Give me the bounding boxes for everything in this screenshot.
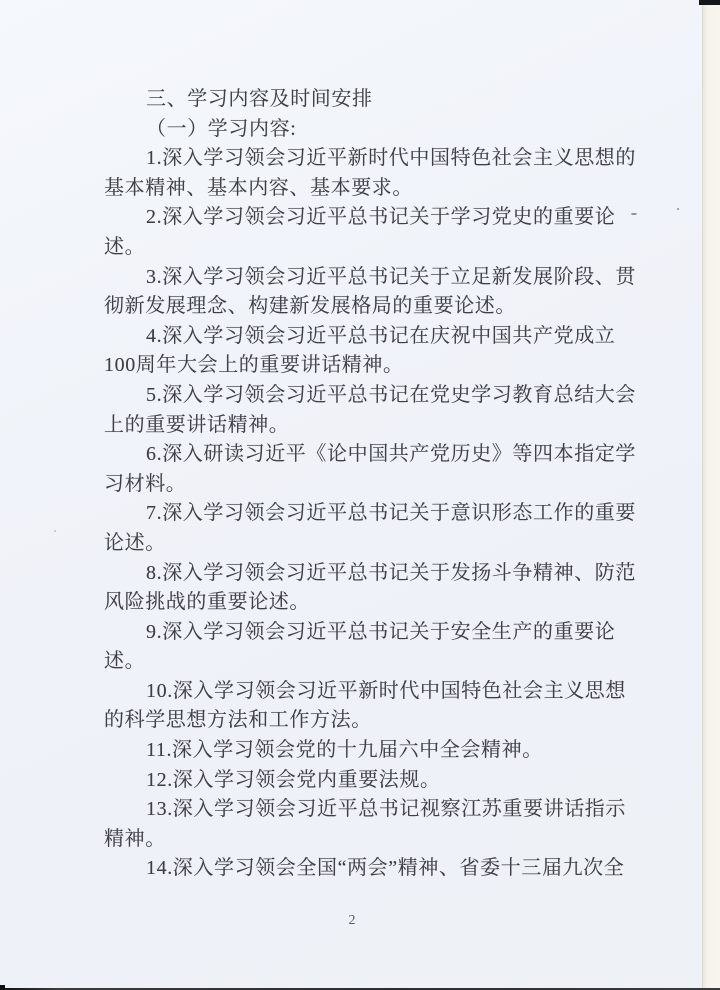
text-line: 14.深入学习领会全国“两会”精神、省委十三届九次全 <box>104 854 624 884</box>
document-text-block: 三、学习内容及时间安排（一）学习内容:1.深入学习领会习近平新时代中国特色社会主… <box>104 85 624 884</box>
text-line: （一）学习内容: <box>104 115 624 145</box>
text-line: 10.深入学习领会习近平新时代中国特色社会主义思想 <box>104 677 624 707</box>
text-line: 4.深入学习领会习近平总书记在庆祝中国共产党成立 <box>104 322 624 352</box>
text-line: 彻新发展理念、构建新发展格局的重要论述。 <box>104 292 624 322</box>
text-line: 2.深入学习领会习近平总书记关于学习党史的重要论 <box>104 203 624 233</box>
text-line: 3.深入学习领会习近平总书记关于立足新发展阶段、贯 <box>104 263 624 293</box>
page-number: 2 <box>330 913 374 929</box>
scan-corner-mark-bottom-left <box>0 985 5 990</box>
text-line: 上的重要讲话精神。 <box>104 411 624 441</box>
text-line: 12.深入学习领会党内重要法规。 <box>104 766 624 796</box>
scan-speck <box>677 208 679 210</box>
text-line: 述。 <box>104 233 624 263</box>
text-line: 1.深入学习领会习近平新时代中国特色社会主义思想的 <box>104 144 624 174</box>
scanned-document-page: 三、学习内容及时间安排（一）学习内容:1.深入学习领会习近平新时代中国特色社会主… <box>0 0 720 990</box>
text-line: 13.深入学习领会习近平总书记视察江苏重要讲话指示 <box>104 795 624 825</box>
text-line: 7.深入学习领会习近平总书记关于意识形态工作的重要 <box>104 499 624 529</box>
scan-speck <box>54 530 56 532</box>
text-line: 精神。 <box>104 825 624 855</box>
text-line: 9.深入学习领会习近平总书记关于安全生产的重要论 <box>104 618 624 648</box>
text-line: 三、学习内容及时间安排 <box>104 85 624 115</box>
text-line: 述。 <box>104 647 624 677</box>
adjacent-page-edge <box>702 0 720 990</box>
text-line: 5.深入学习领会习近平总书记在党史学习教育总结大会 <box>104 381 624 411</box>
text-line: 6.深入研读习近平《论中国共产党历史》等四本指定学 <box>104 440 624 470</box>
text-line: 风险挑战的重要论述。 <box>104 588 624 618</box>
text-line: 论述。 <box>104 529 624 559</box>
text-line: 基本精神、基本内容、基本要求。 <box>104 174 624 204</box>
text-line: 习材料。 <box>104 470 624 500</box>
text-line: 100周年大会上的重要讲话精神。 <box>104 351 624 381</box>
text-line: 的科学思想方法和工作方法。 <box>104 706 624 736</box>
scan-speck <box>631 213 637 215</box>
text-line: 11.深入学习领会党的十九届六中全会精神。 <box>104 736 624 766</box>
text-line: 8.深入学习领会习近平总书记关于发扬斗争精神、防范 <box>104 559 624 589</box>
scan-shadow-top-right <box>699 0 720 5</box>
